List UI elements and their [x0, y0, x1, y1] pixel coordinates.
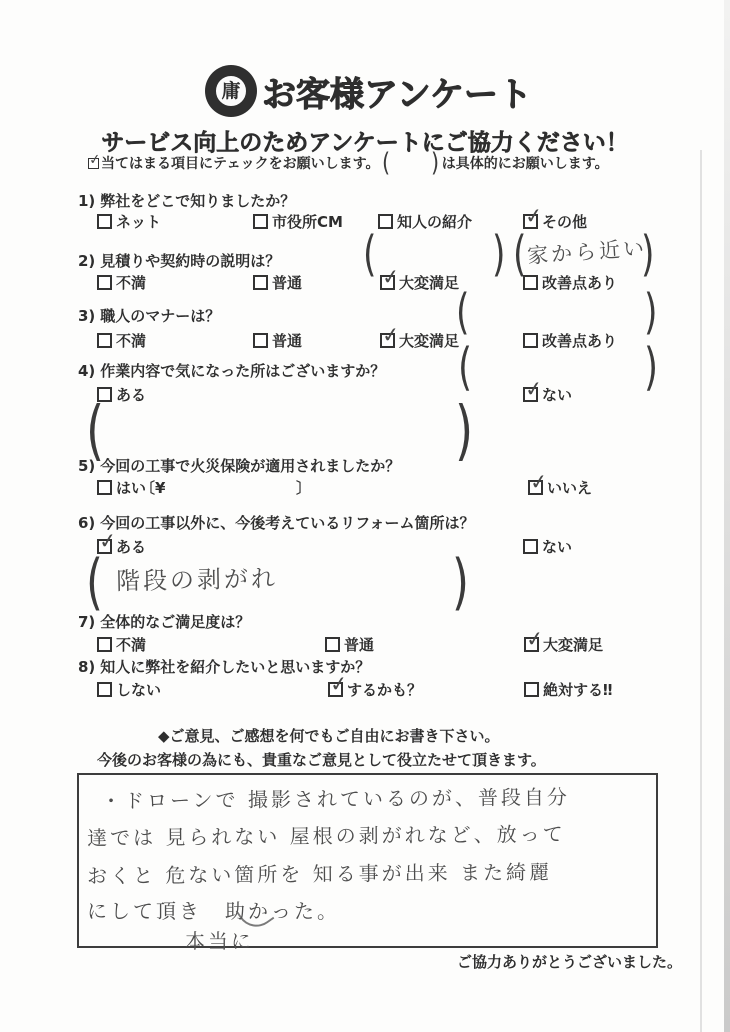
q3-option-very-satisfied: ✓ 大変満足 [380, 330, 459, 351]
option-label: 改善点あり [542, 330, 617, 351]
checkbox-icon [97, 214, 112, 229]
q1-option-referral: 知人の紹介 [378, 211, 472, 232]
q1-option-net: ネット [97, 211, 161, 232]
check-icon: ✓ [381, 264, 401, 290]
option-label: 普通 [272, 330, 302, 351]
check-icon: ✓ [529, 469, 549, 495]
question-text: 全体的なご満足度は？ [100, 613, 250, 631]
option-label: 不満 [116, 330, 146, 351]
yen-sign: ¥ [155, 479, 165, 497]
checkbox-icon [523, 275, 538, 290]
bracket-close-icon: ) [644, 342, 658, 392]
bracket-close-icon: ) [455, 398, 473, 463]
question-text: 今回の工事で火災保険が適用されましたか？ [100, 457, 400, 475]
comment-section-subheader: 今後のお客様の為にも、貴重なご意見として役立たせて頂きます。 [97, 749, 546, 770]
checkbox-icon [523, 333, 538, 348]
comment-section-header: ◆ご意見、ご感想を何でもご自由にお書き下さい。 [158, 725, 500, 746]
question-7-title: 7)全体的なご満足度は？ [78, 611, 250, 632]
checkbox-icon [97, 637, 112, 652]
page-title: お客様アンケート [262, 67, 532, 116]
bracket-close-icon: ) [644, 287, 657, 335]
question-number: 8) [78, 658, 95, 676]
question-4-title: 4)作業内容で気になった所はございますか？ [78, 360, 385, 381]
check-icon: ✓ [88, 151, 101, 168]
q5-option-yes: はい [97, 477, 146, 498]
q3-option-normal: 普通 [253, 330, 302, 351]
q8-option-maybe: ✓ するかも？ [328, 679, 422, 700]
option-label: 大変満足 [399, 272, 459, 293]
question-number: 7) [78, 613, 95, 631]
handwritten-comment-line: 達では 見られない 屋根の剥がれなど、放って [87, 818, 566, 851]
q3-option-dissatisfied: 不満 [97, 330, 146, 351]
handwritten-answer-q1: 家から近い [526, 232, 648, 270]
check-icon: ✓ [329, 671, 349, 697]
question-text: 見積りや契約時の説明は？ [100, 252, 280, 270]
instruction-note: ✓ 当てはまる項目にテェックをお願いします。 ( ) は具体的にお願いします。 [88, 153, 609, 173]
checked-checkbox-icon: ✓ [380, 275, 395, 290]
kakko-open-icon: 〔 [140, 479, 155, 497]
checkbox-icon [523, 539, 538, 554]
survey-sheet: 庸 お客様アンケート サービス向上のためアンケートにご協力ください！ ✓ 当ては… [0, 0, 730, 1032]
question-text: 職人のマナーは？ [100, 307, 220, 325]
checkbox-icon [378, 214, 393, 229]
option-label: いいえ [547, 477, 592, 498]
checkbox-icon [253, 333, 268, 348]
question-number: 6) [78, 514, 95, 532]
question-number: 2) [78, 252, 95, 270]
question-number: 1) [78, 192, 95, 210]
bracket-open-icon: ( [86, 551, 103, 612]
bracket-open-icon: ( [363, 229, 376, 277]
check-icon: ✓ [525, 626, 545, 652]
checkbox-icon [97, 333, 112, 348]
question-text: 今回の工事以外に、今後考えているリフォーム箇所は？ [100, 514, 474, 532]
checked-checkbox-icon: ✓ [328, 682, 343, 697]
option-label: 不満 [116, 272, 146, 293]
check-icon: ✓ [524, 203, 544, 229]
check-icon: ✓ [524, 376, 544, 402]
option-label: その他 [542, 211, 587, 232]
option-label: 不満 [116, 634, 146, 655]
comment-box: ・ドローンで 撮影されているのが、普段自分 達では 見られない 屋根の剥がれなど… [77, 773, 658, 948]
question-number: 5) [78, 457, 95, 475]
q2-option-very-satisfied: ✓ 大変満足 [380, 272, 459, 293]
checkbox-icon [97, 682, 112, 697]
option-label: 大変満足 [543, 634, 603, 655]
option-label: 改善点あり [542, 272, 617, 293]
question-number: 3) [78, 307, 95, 325]
bracket-open-icon: ( [458, 342, 472, 392]
checkbox-icon [253, 214, 268, 229]
option-label: 普通 [272, 272, 302, 293]
header: 庸 お客様アンケート [206, 66, 532, 116]
q2-option-needs-improvement: 改善点あり [523, 272, 617, 293]
note-text: 当てはまる項目にテェックをお願いします。 [101, 153, 379, 173]
footer-thanks: ご協力ありがとうございました。 [457, 951, 682, 972]
checked-checkbox-icon: ✓ [524, 637, 539, 652]
option-label: 市役所CM [272, 211, 343, 232]
handwritten-comment-line: おくと 危ない箇所を 知る事が出来 また綺麗 [87, 856, 552, 889]
question-1-title: 1)弊社をどこで知りましたか？ [78, 190, 295, 211]
option-label: 普通 [344, 634, 374, 655]
handwritten-comment-line: にして頂き 助かった。 [87, 895, 340, 924]
question-text: 弊社をどこで知りましたか？ [100, 192, 295, 210]
q2-option-dissatisfied: 不満 [97, 272, 146, 293]
bracket-close-icon: ) [431, 153, 439, 173]
bracket-open-icon: ( [513, 229, 526, 277]
option-label: ある [116, 384, 146, 405]
option-label: 知人の紹介 [397, 211, 472, 232]
option-label: 大変満足 [399, 330, 459, 351]
option-label: ない [542, 536, 572, 557]
question-3-title: 3)職人のマナーは？ [78, 305, 220, 326]
q7-option-dissatisfied: 不満 [97, 634, 146, 655]
checkbox-icon [97, 480, 112, 495]
stamp-kanji: 庸 [221, 82, 240, 101]
q8-option-definitely: 絶対する‼ [524, 679, 612, 700]
handwritten-comment-insert: 本当に [185, 925, 254, 954]
checkbox-icon [253, 275, 268, 290]
q7-option-very-satisfied: ✓ 大変満足 [524, 634, 603, 655]
question-number: 4) [78, 362, 95, 380]
checkbox-icon [325, 637, 340, 652]
option-label: ネット [116, 211, 161, 232]
stamp-inner-circle: 庸 [214, 74, 248, 108]
bracket-open-icon: ( [456, 287, 469, 335]
bracket-open-icon: ( [382, 153, 390, 173]
q5-option-no: ✓ いいえ [528, 477, 592, 498]
option-label: しない [116, 679, 161, 700]
option-label: ない [542, 384, 572, 405]
question-5-title: 5)今回の工事で火災保険が適用されましたか？ [78, 455, 400, 476]
scan-artifact-line [700, 150, 702, 1032]
question-8-title: 8)知人に弊社を紹介したいと思いますか？ [78, 656, 370, 677]
q6-option-yes: ✓ ある [97, 536, 146, 557]
checked-checkbox-icon: ✓ [380, 333, 395, 348]
check-icon: ✓ [381, 322, 401, 348]
q8-option-no: しない [97, 679, 161, 700]
q2-option-normal: 普通 [253, 272, 302, 293]
bracket-close-icon: ) [492, 229, 505, 277]
q7-option-normal: 普通 [325, 634, 374, 655]
q3-option-needs-improvement: 改善点あり [523, 330, 617, 351]
kakko-close-icon: 〕 [296, 479, 311, 497]
q6-option-no: ない [523, 536, 572, 557]
company-stamp-icon: 庸 [206, 66, 256, 116]
bracket-open-icon: ( [86, 398, 104, 463]
handwritten-answer-q6: 階段の剥がれ [116, 559, 279, 597]
checkbox-icon [97, 275, 112, 290]
yen-bracket-close: 〕 [296, 477, 311, 498]
q4-option-yes: ある [97, 384, 146, 405]
question-6-title: 6)今回の工事以外に、今後考えているリフォーム箇所は？ [78, 512, 475, 533]
handwritten-comment-line: ・ドローンで 撮影されているのが、普段自分 [101, 781, 570, 814]
option-label: 絶対する‼ [543, 679, 612, 700]
question-text: 作業内容で気になった所はございますか？ [100, 362, 385, 380]
option-label: するかも？ [347, 679, 422, 700]
checked-checkbox-icon: ✓ [88, 158, 99, 169]
q1-option-other: ✓ その他 [523, 211, 587, 232]
q1-option-cityhall-cm: 市役所CM [253, 211, 343, 232]
note-text2: は具体的にお願いします。 [442, 153, 609, 173]
checked-checkbox-icon: ✓ [523, 387, 538, 402]
yen-bracket-open: 〔¥ [140, 477, 165, 498]
checked-checkbox-icon: ✓ [528, 480, 543, 495]
option-label: ある [116, 536, 146, 557]
q4-option-no: ✓ ない [523, 384, 572, 405]
question-2-title: 2)見積りや契約時の説明は？ [78, 250, 280, 271]
bracket-close-icon: ) [452, 551, 469, 612]
checkbox-icon [524, 682, 539, 697]
